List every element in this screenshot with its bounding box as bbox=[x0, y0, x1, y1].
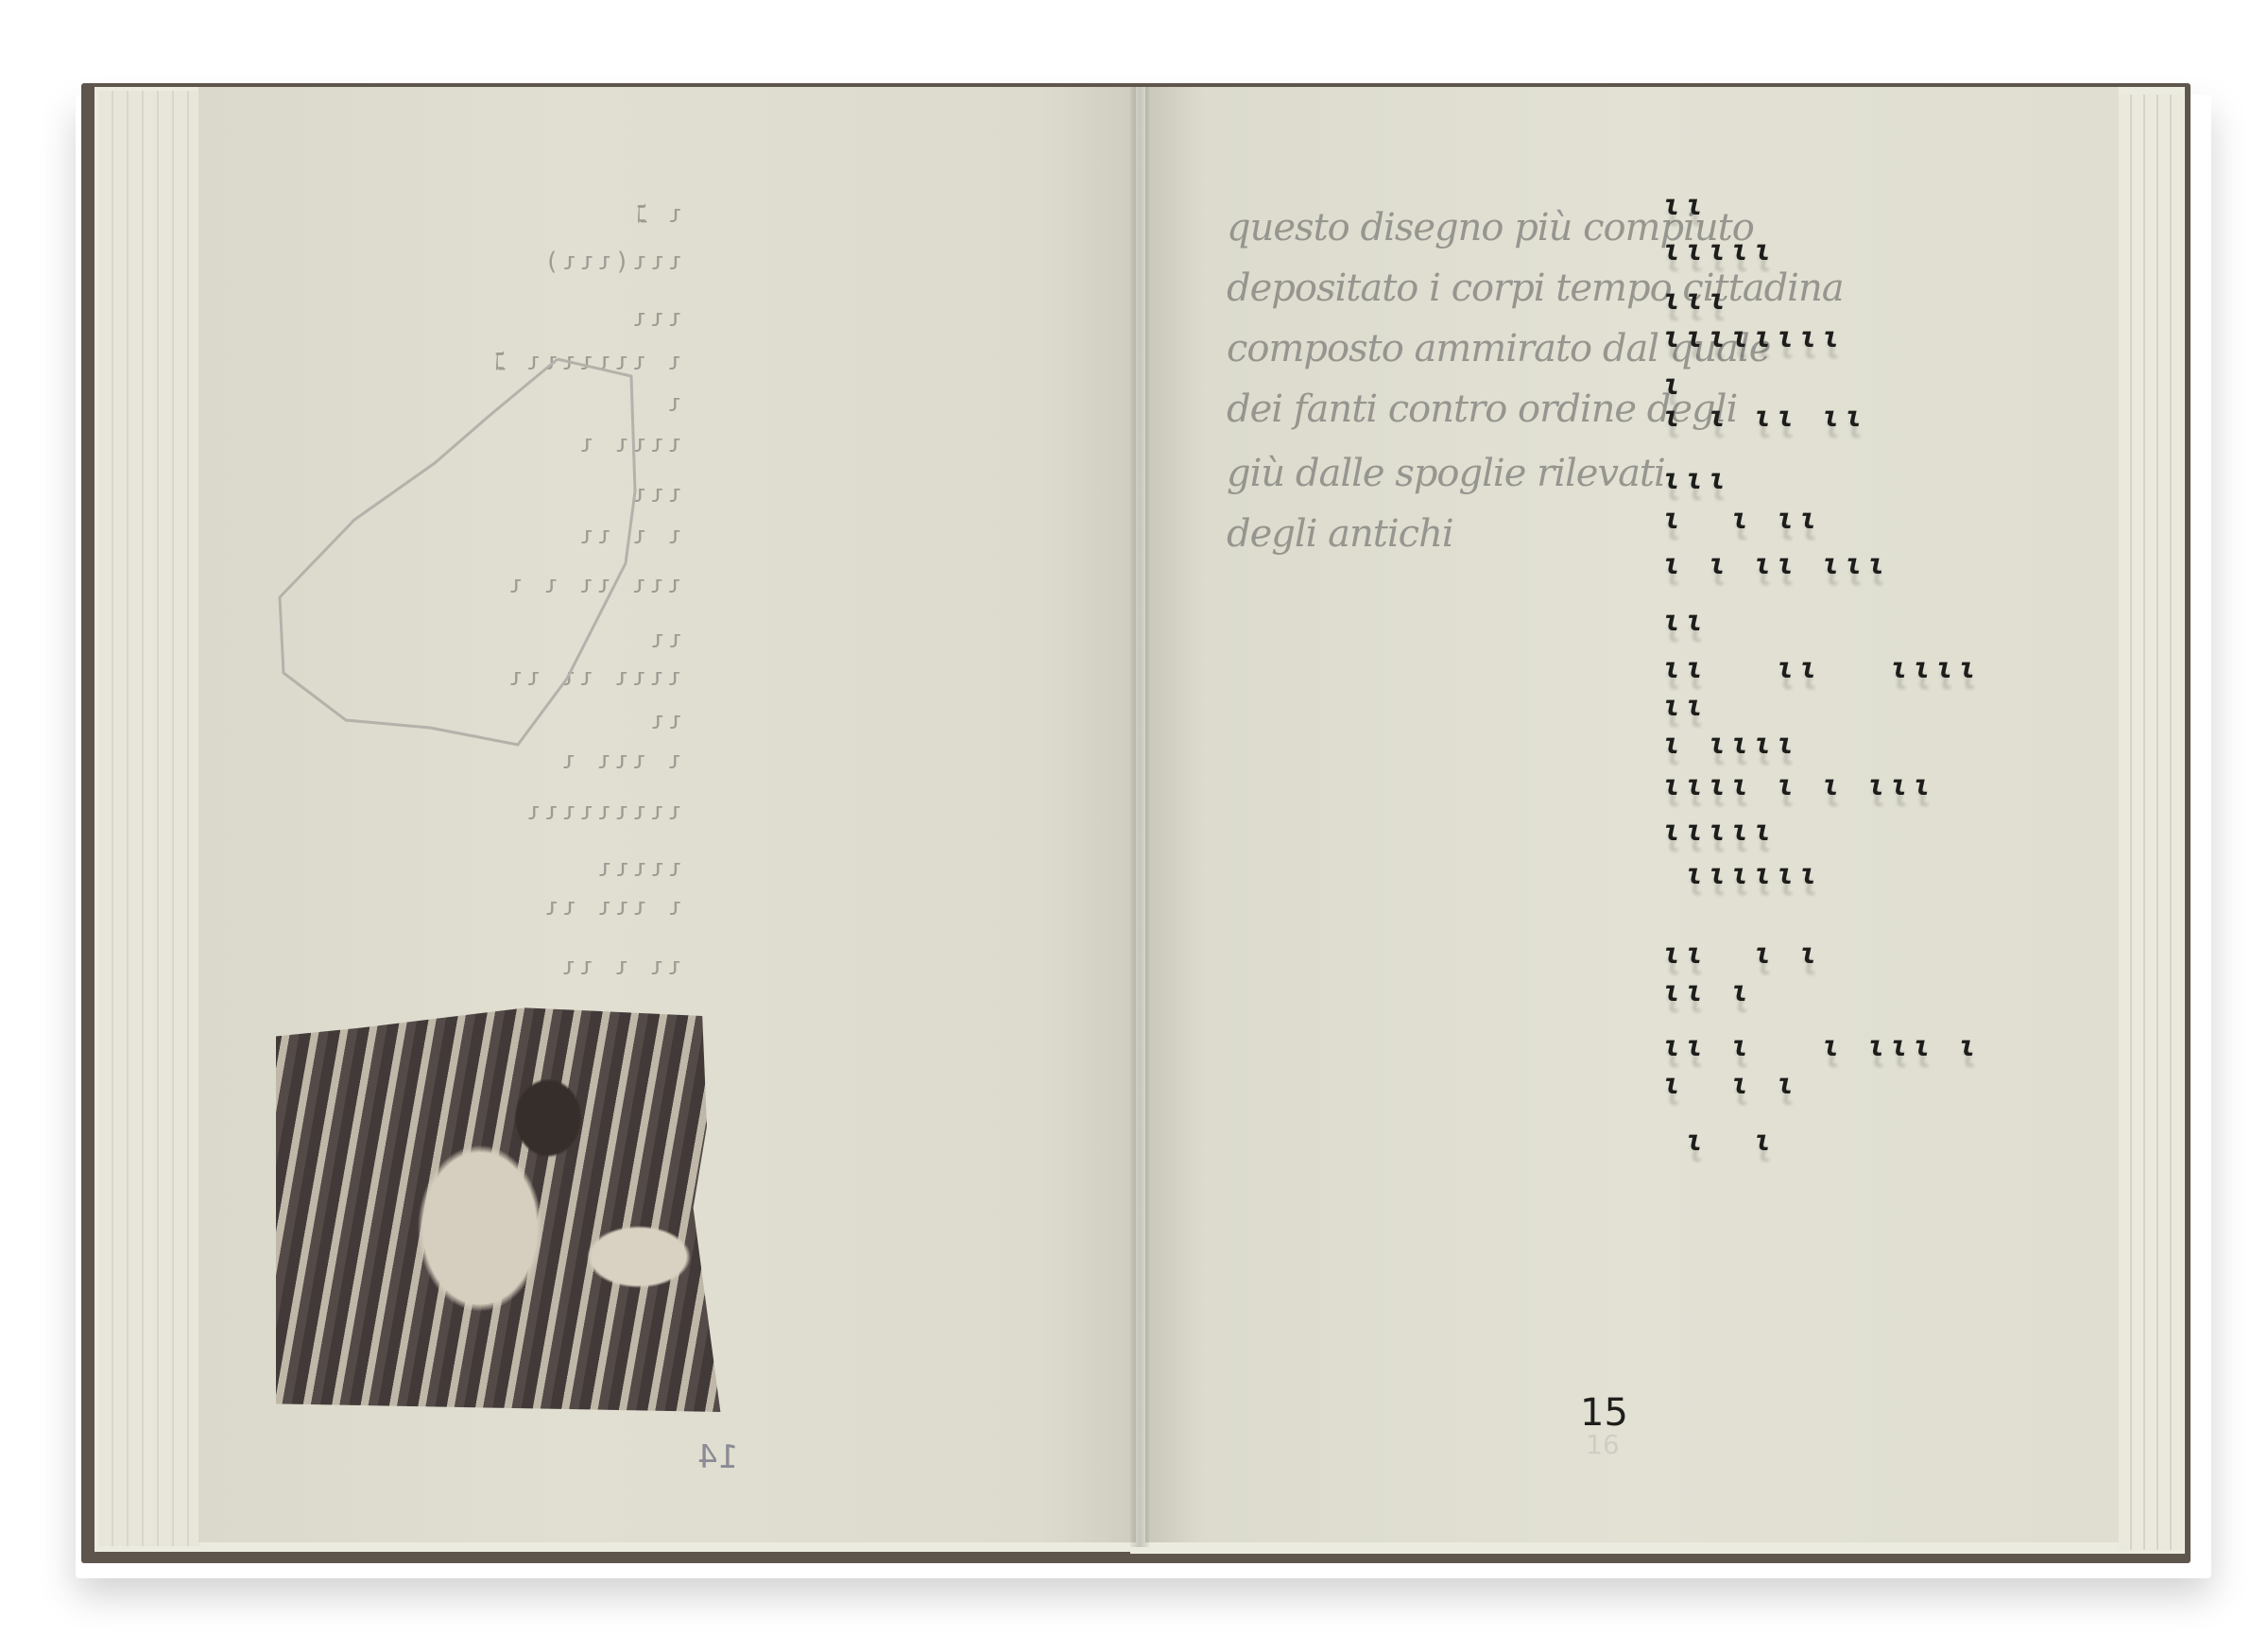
right-asemic-row: ɩɩɩɩɩ bbox=[1659, 815, 1780, 848]
right-asemic-row: ɩ ɩ ɩɩ ɩɩ bbox=[1659, 401, 1871, 434]
right-asemic-row: ɩɩ ɩ ɩ bbox=[1659, 938, 1826, 971]
handwritten-line: questo disegno più compiuto bbox=[1227, 206, 2068, 250]
right-asemic-row: ɩ ɩɩɩɩ bbox=[1659, 728, 1803, 761]
right-asemic-row: ɩɩ ɩ ɩ ɩɩɩ ɩ bbox=[1659, 1030, 1984, 1063]
right-asemic-row: ɩɩ bbox=[1659, 189, 1712, 222]
right-asemic-row: ɩ ɩ ɩɩ ɩɩɩ bbox=[1659, 548, 1894, 581]
engraving-fragment-image bbox=[276, 1004, 730, 1412]
right-asemic-row: ɩɩɩ bbox=[1659, 463, 1735, 496]
right-asemic-row: ɩ ɩ bbox=[1659, 1125, 1780, 1158]
right-asemic-row: ɩɩɩ bbox=[1659, 284, 1735, 317]
handwritten-line: composto ammirato dal quale bbox=[1227, 327, 2068, 370]
right-asemic-row: ɩɩ bbox=[1659, 690, 1712, 723]
page-number-left: 14 bbox=[697, 1438, 738, 1476]
right-asemic-row: ɩɩɩɩ ɩ ɩ ɩɩɩ bbox=[1659, 769, 1939, 802]
right-asemic-row: ɩ ɩ ɩ bbox=[1659, 1068, 1803, 1101]
handwritten-line: depositato i corpi tempo cittadina bbox=[1227, 267, 2068, 310]
page-number-show-through: 16 bbox=[1586, 1429, 1620, 1460]
right-asemic-row: ɩ ɩ ɩɩ bbox=[1659, 503, 1826, 536]
right-asemic-row: ɩɩɩɩɩ bbox=[1659, 234, 1780, 267]
right-asemic-row: ɩɩɩɩɩɩ bbox=[1659, 858, 1826, 891]
right-asemic-row: ɩɩɩɩɩɩɩɩ bbox=[1659, 321, 1848, 354]
right-asemic-row: ɩɩ bbox=[1659, 605, 1712, 638]
right-asemic-row: ɩɩ ɩɩ ɩɩɩɩ bbox=[1659, 652, 1984, 685]
handwritten-line: giù dalle spoglie rilevati bbox=[1227, 452, 2068, 495]
handwritten-line: dei fanti contro ordine degli bbox=[1227, 387, 2068, 431]
handwritten-line: degli antichi bbox=[1227, 512, 1510, 556]
right-asemic-row: ɩɩ ɩ bbox=[1659, 975, 1758, 1008]
